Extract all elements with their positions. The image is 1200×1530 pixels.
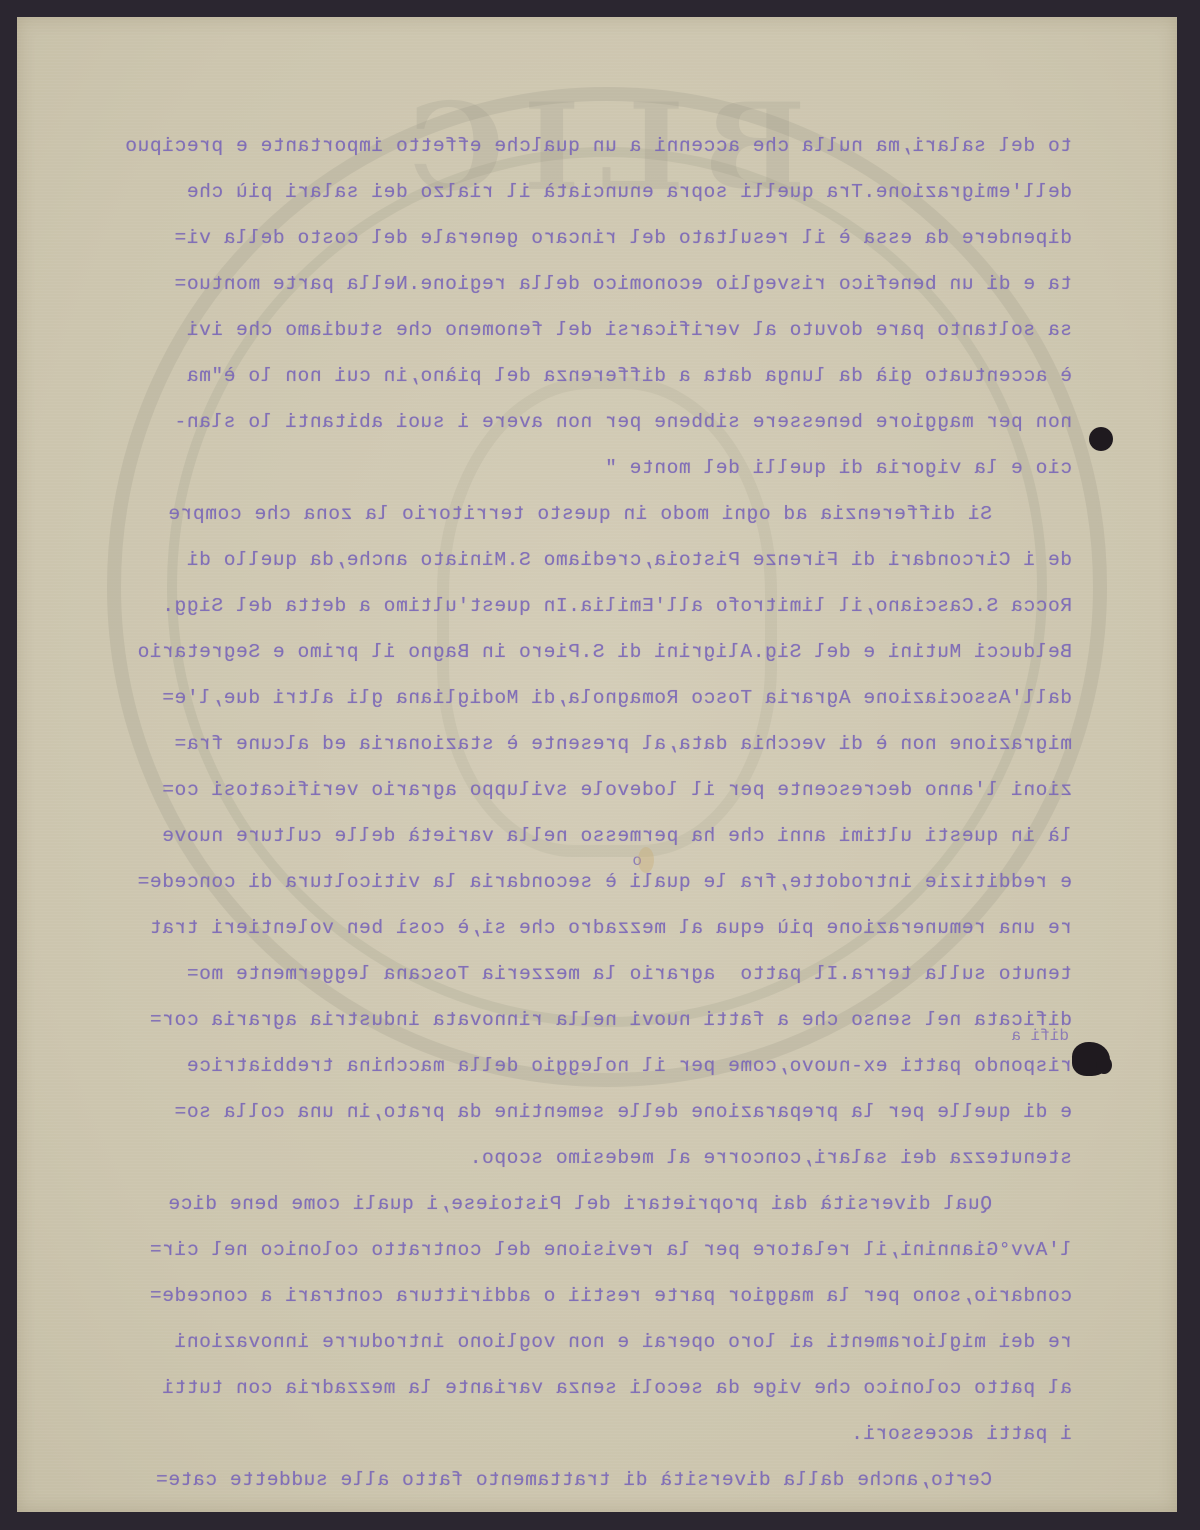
text-line: dall'Associazione Agraria Tosco Romagnol… [162, 687, 1072, 709]
text-line: dell'emigrazione.Tra quelli sopra enunci… [186, 181, 1072, 203]
punch-hole [1089, 427, 1113, 451]
text-line: zioni l'anno decrescente per il lodevole… [162, 779, 1072, 801]
paper-stain [638, 847, 654, 873]
text-line: stenutezza dei salari,concorre al medesi… [469, 1147, 1072, 1169]
text-line: e di quelle per la preparazione delle se… [174, 1101, 1072, 1123]
text-line: rispondo patti ex-nuovo,come per il nole… [186, 1055, 1072, 1077]
text-line: sa soltanto pare dovuto al verificarsi d… [186, 319, 1072, 341]
text-line: non per maggiore benessere sibbene per n… [174, 411, 1072, 433]
text-line: tenuto sulla terra.Il patto agrario la m… [186, 963, 1072, 985]
punch-hole-torn [1072, 1042, 1110, 1076]
text-line: dificata nel senso che a fatti nuovi nel… [149, 1009, 1072, 1031]
text-line: de i Circondari di Firenze Pistoia,credi… [186, 549, 1072, 571]
text-line: ta e di un benefico risveglio economico … [174, 273, 1072, 295]
text-line: è accentuato già da lunga data a differe… [186, 365, 1072, 387]
interlinear-correction: difi a [1011, 1027, 1069, 1045]
text-line: e redditizie introdotte,fra le quali è s… [137, 871, 1072, 893]
paragraph-start-line: Certo,anche dalla diversità di trattamen… [155, 1469, 992, 1491]
mirrored-typewritten-text: to del salari,ma nulla che accenni a un … [17, 17, 1177, 1512]
text-line: re dei miglioramenti ai loro operai e no… [174, 1331, 1072, 1353]
text-line: al patto colonico che vige da secoli sen… [162, 1377, 1072, 1399]
text-line: dipendere da essa è il resultato del rin… [174, 227, 1072, 249]
text-line: i patti accessori. [851, 1423, 1072, 1445]
paragraph-start-line: Qual diversità dai proprietari del Pisto… [168, 1193, 992, 1215]
text-line: Belducci Mutini e del Sig.Aligrini di S.… [137, 641, 1072, 663]
text-line: Rocca S.Casciano,il limitrofo all'Emilia… [162, 595, 1072, 617]
text-line: re una remunerazione più equa al mezzadr… [149, 917, 1072, 939]
text-line: cio e la vigoria di quelli del monte " [605, 457, 1072, 479]
text-line: là in questi ultimi anni che ha permesso… [162, 825, 1072, 847]
text-line: l'Avv°Giannini,il relatore per la revisi… [149, 1239, 1072, 1261]
text-line: condario,sono per la maggior parte resti… [149, 1285, 1072, 1307]
text-line: to del salari,ma nulla che accenni a un … [125, 135, 1072, 157]
paragraph-start-line: Si differenzia ad ogni modo in questo te… [168, 503, 992, 525]
text-line: migrazione non è di vecchia data,al pres… [174, 733, 1072, 755]
document-page: BLIC to del salari,ma nulla che accenni … [17, 17, 1177, 1512]
